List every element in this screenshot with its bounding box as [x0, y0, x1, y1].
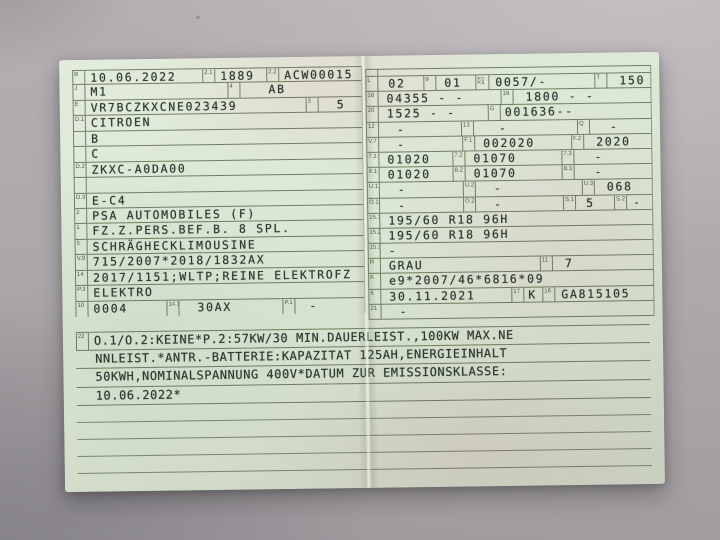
field-code: 16	[542, 287, 555, 301]
field-value-21: -	[381, 301, 653, 319]
field-code: V.7	[366, 137, 379, 151]
field-value-tsn: ACW00015 2	[279, 67, 361, 82]
field-value-q: -	[590, 119, 651, 134]
field-value-trailer-braked: -	[380, 197, 463, 212]
field-value-axle1-tech: 01020	[379, 152, 452, 167]
field-code: P.1	[282, 298, 295, 314]
field-code: E	[73, 101, 86, 116]
field-code: 8.2	[453, 167, 466, 181]
field-code: P.3	[75, 286, 88, 301]
field-code: 22	[76, 333, 89, 350]
wall-speck	[196, 16, 200, 19]
field-code	[73, 147, 86, 162]
field-value-power-rpm: 0057/-	[489, 74, 594, 90]
field-code: B	[72, 71, 85, 85]
field-value-standing-places: -	[627, 194, 652, 209]
field-code: V.9	[75, 255, 88, 270]
field-code: 8.3	[562, 165, 575, 179]
field-code: 2	[74, 209, 87, 224]
field-code: D.3	[74, 193, 87, 208]
field-value-axles: 02	[378, 76, 423, 91]
field-code: 15.3	[368, 244, 381, 258]
field-value-axle2-tech: 01070	[465, 150, 561, 166]
field-value-max-mass-state: 2020	[584, 134, 651, 149]
field-value-displacement: -	[295, 298, 364, 314]
field-value-hsn: 1889	[215, 68, 266, 82]
field-value-seats: 5	[576, 195, 614, 210]
field-value-colour: GRAU	[381, 257, 540, 273]
remarks-field-22: 22 O.1/O.2:KEINE*P.2:57KW/30 MIN.DAUERLE…	[76, 324, 652, 474]
field-value-17: K	[524, 287, 542, 301]
field-code: 17	[511, 287, 524, 301]
field-code: 4	[227, 83, 240, 98]
field-value-top-speed: 150	[607, 73, 650, 88]
field-code	[73, 132, 86, 147]
field-value-colour-code: 7	[553, 255, 653, 271]
desk-surface: B 10.06.2022 2.1 1889 2.2 ACW00015 2 J M…	[0, 0, 720, 540]
field-code: 8.1	[367, 168, 380, 182]
field-code: S.2	[614, 195, 627, 209]
field-value-driving-noise: 068	[595, 179, 652, 194]
field-code: 6	[368, 289, 381, 303]
field-code	[74, 178, 87, 193]
field-value-12: -	[379, 121, 461, 136]
field-code: 15.2	[367, 229, 380, 243]
field-value-max-mass-tech: 002020	[475, 135, 571, 151]
row-field-21: 21 -	[368, 301, 654, 320]
field-code: K	[368, 274, 381, 288]
field-code: G	[488, 105, 501, 119]
field-value-fuel-code: 0004	[88, 300, 166, 317]
field-value-first-registration-date: 10.06.2022	[85, 69, 202, 84]
vehicle-registration-document: B 10.06.2022 2.1 1889 2.2 ACW00015 2 J M…	[59, 52, 665, 492]
field-code	[365, 70, 378, 76]
field-value-emission-key: 30AX	[179, 299, 282, 316]
field-code: 21	[368, 305, 381, 319]
field-value-axle3-tech: -	[574, 149, 651, 164]
field-code: U.2	[463, 182, 476, 196]
field-code: 5	[75, 240, 88, 255]
field-code: U.1	[367, 183, 380, 197]
field-code: 10	[75, 301, 88, 317]
field-value-width: 1800 - -	[513, 88, 650, 104]
field-value-driven-axles: 01	[436, 75, 475, 90]
field-code: U.3	[582, 180, 595, 194]
field-code: L	[365, 77, 378, 91]
field-code: P.2P.4	[475, 75, 489, 89]
field-value-standing-noise: -	[380, 182, 463, 197]
field-value-length: 04355 - -	[378, 90, 500, 106]
field-code: 3	[306, 97, 319, 112]
field-value-vin: VR7BCZKXCNE023439	[86, 98, 306, 116]
field-value-axle1-state: 01020	[380, 167, 453, 182]
field-value-body-code: AB	[240, 81, 361, 97]
field-value-mass: 001636--	[501, 103, 651, 119]
field-code: O.1	[367, 198, 380, 212]
field-value-noise-rpm: -	[476, 180, 582, 196]
field-code: O.2	[463, 197, 476, 211]
field-code: 9	[423, 76, 436, 90]
field-code: J	[72, 85, 85, 100]
field-code: 13	[461, 121, 474, 135]
field-code: S.1	[563, 196, 576, 210]
field-code: F.1	[462, 136, 475, 150]
field-code: 20	[366, 107, 379, 121]
field-code: 11	[540, 257, 553, 271]
field-value-13: -	[474, 120, 577, 136]
right-page: L 02 9 01 P.2P.4 0057/- T 150 18 04355 -…	[365, 65, 654, 320]
field-code: 18	[365, 92, 378, 106]
field-code: 14.1	[166, 300, 179, 316]
field-code: 2.2	[266, 68, 279, 82]
field-code: F.2	[571, 135, 584, 149]
field-code: D.2	[73, 162, 86, 177]
field-value-height: 1525 - -	[379, 106, 488, 122]
left-page: B 10.06.2022 2.1 1889 2.2 ACW00015 2 J M…	[72, 66, 365, 317]
field-value-co2: -	[379, 136, 462, 151]
remarks-text: 10.06.2022*	[77, 386, 182, 405]
field-value-axle2-state: 01070	[466, 165, 562, 181]
field-code: Q	[577, 119, 590, 133]
field-code: T	[594, 74, 607, 88]
row-fuel-and-engine-codes: 10 0004 14.1 30AX P.1 -	[75, 298, 365, 317]
field-code: 2.1	[202, 69, 215, 83]
field-code: 19	[500, 90, 513, 104]
field-code: R	[368, 259, 381, 273]
field-code: 7.1	[366, 153, 379, 167]
field-code: 14	[75, 271, 88, 286]
field-value-check-digit: 5	[319, 97, 362, 112]
field-value-vehicle-class: M1	[85, 83, 227, 99]
field-value-axle3-state: -	[575, 164, 652, 179]
field-value-document-number: GA815105	[555, 286, 653, 302]
field-code: 7.3	[561, 150, 574, 164]
field-code: 7.2	[452, 151, 465, 165]
field-value-approval-date: 30.11.2021	[381, 288, 511, 304]
field-code: 1	[74, 224, 87, 239]
field-code: 12	[366, 122, 379, 136]
field-code: D.1	[73, 116, 86, 131]
field-value-trailer-unbraked: -	[476, 196, 563, 211]
field-code: 15.1	[367, 213, 380, 227]
